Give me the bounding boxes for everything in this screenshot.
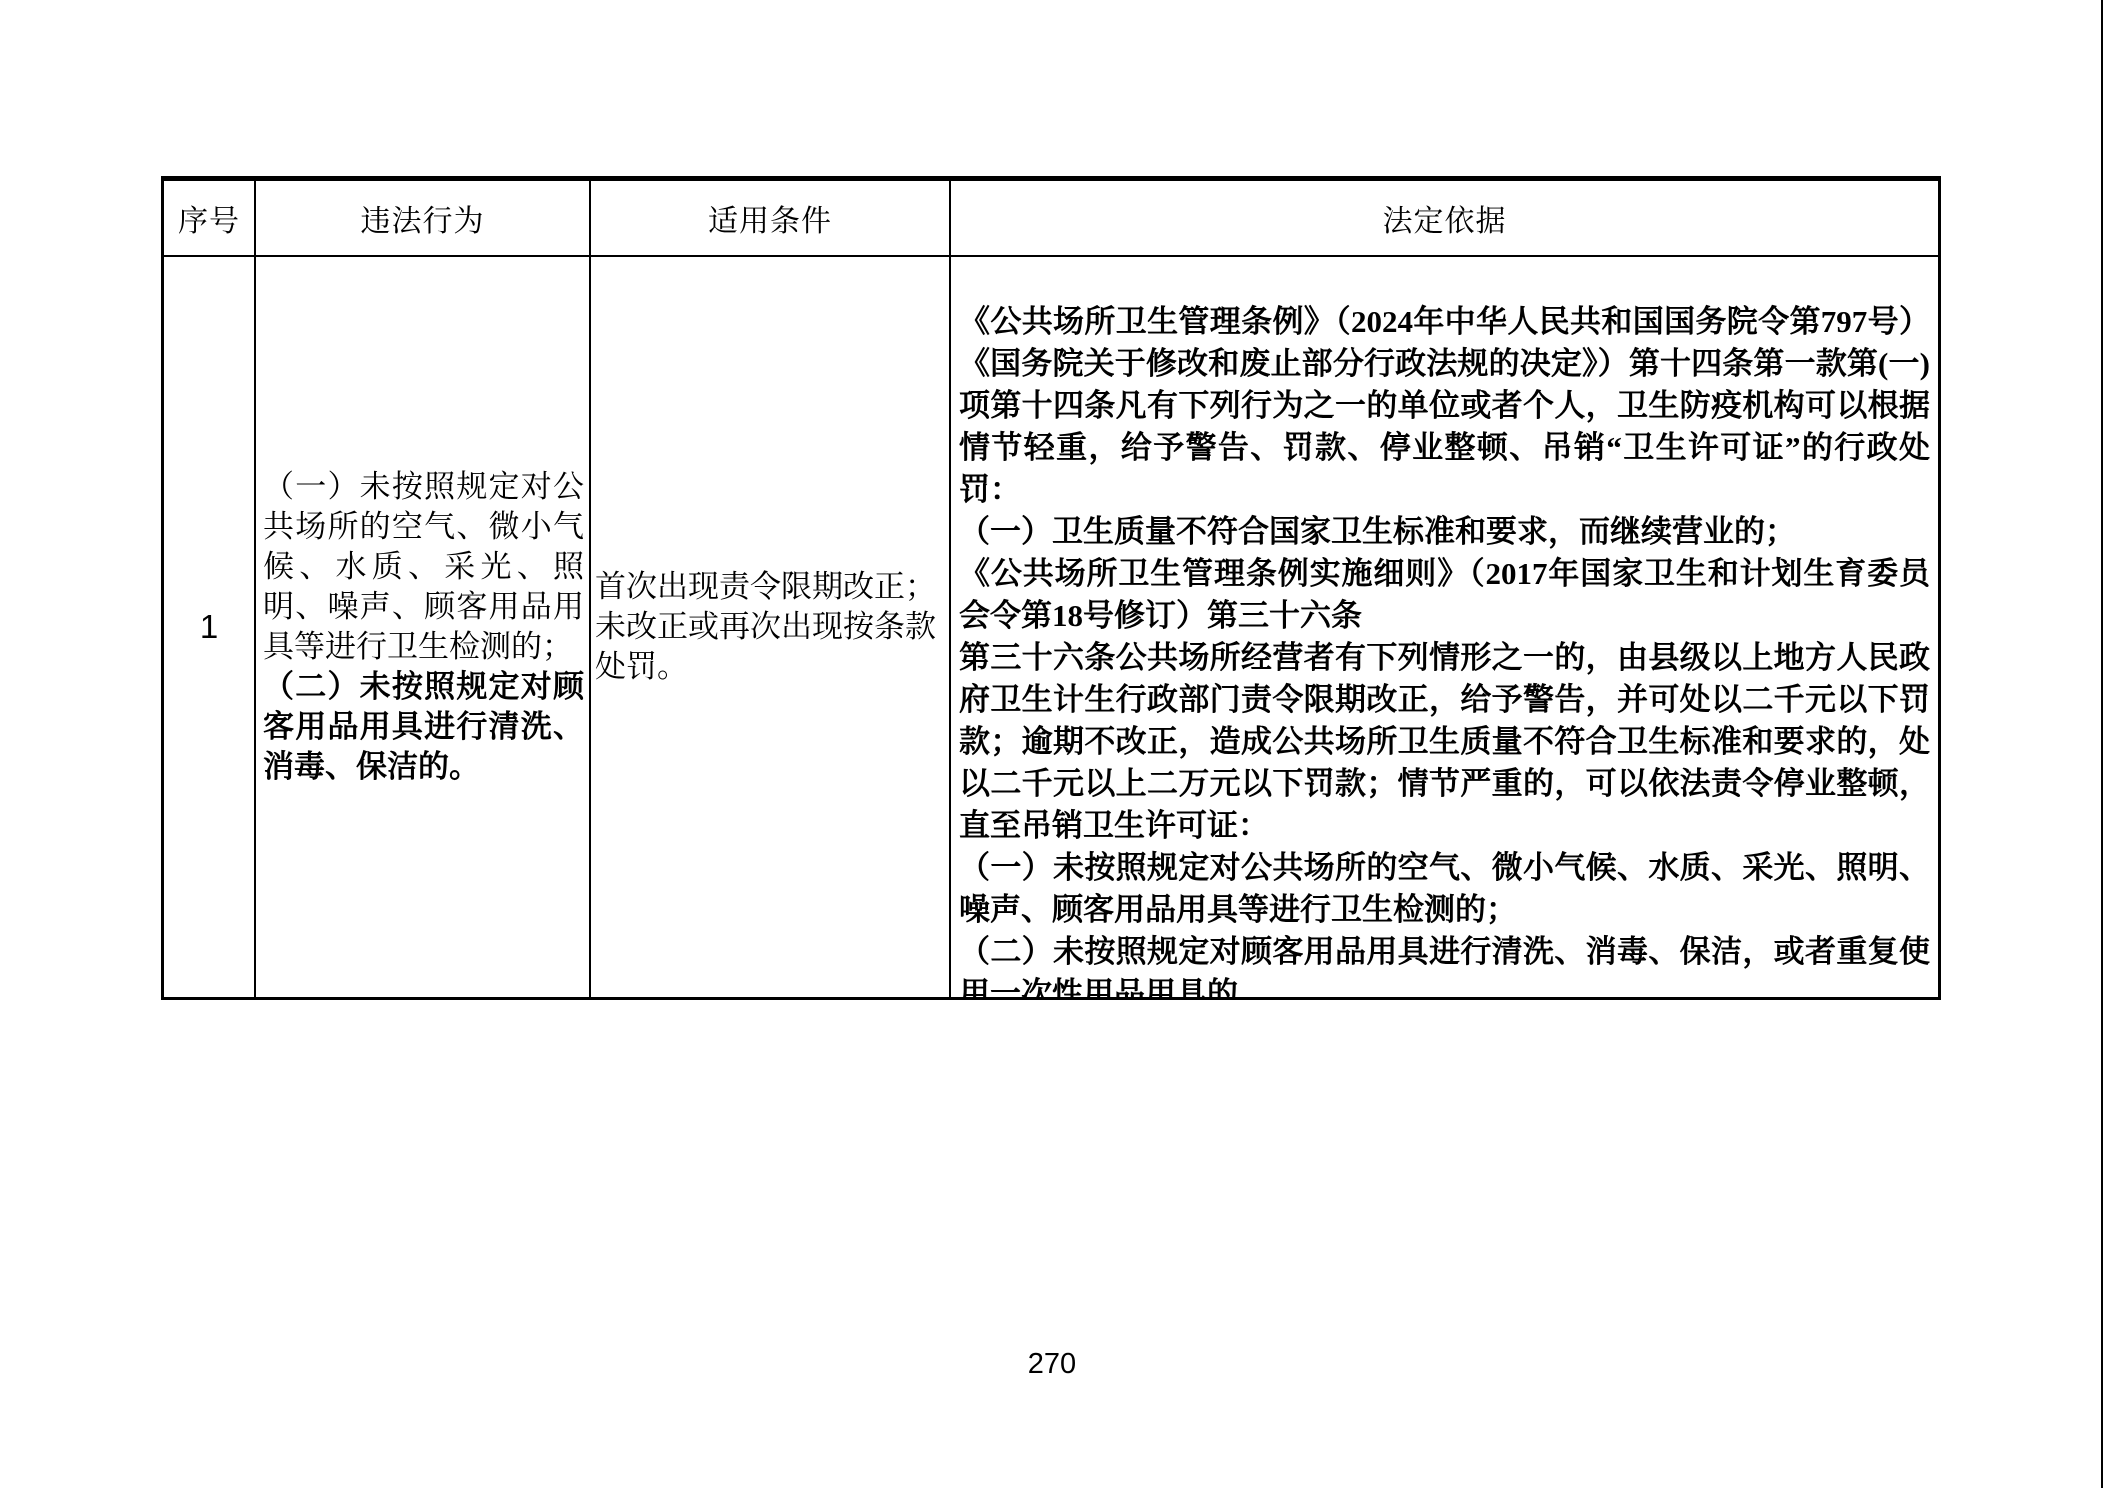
- text-paragraph: （一）未按照规定对公共场所的空气、微小气候、水质、采光、照明、噪声、顾客用品用具…: [959, 847, 1930, 931]
- text-paragraph: （二）未按照规定对顾客用品用具进行清洗、消毒、保洁，或者重复使用一次性用品用具的…: [959, 931, 1930, 997]
- column-header-serial: 序号: [164, 181, 256, 257]
- page-number: 270: [0, 1348, 2104, 1381]
- regulation-table: 序号 违法行为 适用条件 法定依据 1 （一）未按照规定对公共场所的空气、微小气…: [161, 176, 1941, 1000]
- text-paragraph: 《公共场所卫生管理条例》（2024年中华人民共和国国务院令第797号）《国务院关…: [959, 301, 1930, 511]
- violation-behavior-cell: （一）未按照规定对公共场所的空气、微小气候、水质、采光、照明、噪声、顾客用品用具…: [256, 257, 591, 997]
- applicable-condition-cell: 首次出现责令限期改正；未改正或再次出现按条款处罚。: [591, 257, 951, 997]
- row-serial-number: 1: [164, 257, 256, 997]
- text-paragraph: 《公共场所卫生管理条例实施细则》（2017年国家卫生和计划生育委员会令第18号修…: [959, 553, 1930, 637]
- document-page: 序号 违法行为 适用条件 法定依据 1 （一）未按照规定对公共场所的空气、微小气…: [0, 0, 2104, 1488]
- text-paragraph: 第三十六条公共场所经营者有下列情形之一的，由县级以上地方人民政府卫生计生行政部门…: [959, 637, 1930, 847]
- text-paragraph: （一）卫生质量不符合国家卫生标准和要求，而继续营业的；: [959, 511, 1930, 553]
- text-paragraph: （二）未按照规定对顾客用品用具进行清洗、消毒、保洁的。: [263, 667, 584, 787]
- column-header-violation: 违法行为: [256, 181, 591, 257]
- scan-edge-line: [2101, 0, 2103, 1488]
- legal-basis-cell: 《公共场所卫生管理条例》（2024年中华人民共和国国务院令第797号）《国务院关…: [951, 257, 1938, 997]
- column-header-condition: 适用条件: [591, 181, 951, 257]
- text-paragraph: （一）未按照规定对公共场所的空气、微小气候、水质、采光、照明、噪声、顾客用品用具…: [263, 467, 584, 667]
- column-header-legal-basis: 法定依据: [951, 181, 1938, 257]
